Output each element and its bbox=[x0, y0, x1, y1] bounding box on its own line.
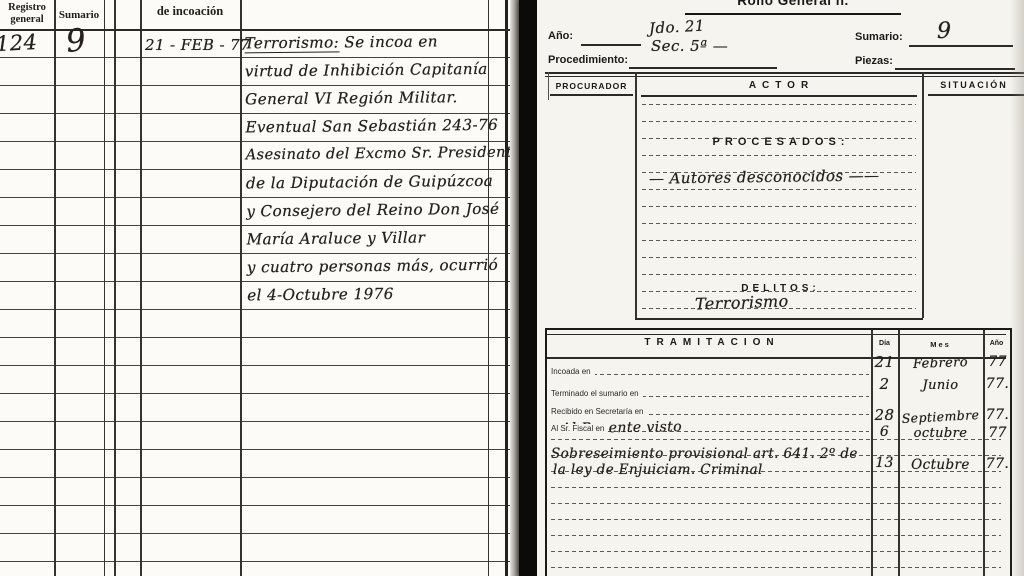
parties-top-rule bbox=[545, 72, 1024, 74]
ano-field-line bbox=[581, 44, 641, 46]
ano-value: 77. bbox=[983, 376, 1012, 392]
mes-value: Junio bbox=[898, 378, 983, 393]
tramitacion-row-label: Recibido en Secretaría en bbox=[551, 407, 648, 416]
asunto-line: y cuatro personas más, ocurrió bbox=[247, 256, 498, 277]
ruled-line bbox=[642, 206, 916, 207]
asunto-line: virtud de Inhibición Capitanía bbox=[245, 60, 488, 81]
procedimiento-field-line bbox=[629, 67, 777, 69]
asunto-handwritten-block: Terrorismo: Se incoa en virtud de Inhibi… bbox=[244, 32, 511, 335]
scanned-document: Registro general Sumario Clase de incoac… bbox=[0, 0, 1024, 576]
tramitacion-handwritten-line: Sobreseimiento provisional art. 641. 2º … bbox=[551, 446, 858, 462]
ruled-line bbox=[642, 189, 916, 190]
situacion-header: SITUACIÓN bbox=[924, 80, 1024, 90]
ruled-line bbox=[642, 155, 916, 156]
tramitacion-row-label: Al Sr. Fiscal en bbox=[551, 424, 608, 433]
asunto-line: Terrorismo: Se incoa en bbox=[244, 32, 438, 52]
ruled-line bbox=[551, 487, 1001, 488]
parties-column-line bbox=[922, 72, 924, 318]
dia-value: 21 bbox=[871, 353, 898, 371]
tramitacion-inner-top-rule bbox=[547, 334, 1006, 335]
actor-header-rule bbox=[641, 95, 917, 97]
ruled-line bbox=[0, 561, 512, 562]
delitos-value: Terrorismo bbox=[695, 291, 789, 313]
parties-column-line bbox=[635, 72, 637, 318]
ledger-column-line bbox=[114, 0, 116, 576]
registro-general-value: 124 bbox=[0, 30, 38, 56]
ruled-line bbox=[0, 505, 512, 506]
ruled-line bbox=[0, 421, 512, 422]
tramitacion-header: TRAMITACION bbox=[547, 337, 871, 348]
column-header-clase: Clase bbox=[110, 0, 144, 2]
scan-edge-shadow bbox=[1010, 0, 1024, 576]
ano-label: Año: bbox=[548, 30, 573, 42]
dotted-leader bbox=[551, 374, 869, 375]
left-ledger-page: Registro general Sumario Clase de incoac… bbox=[0, 0, 512, 576]
book-gutter-shadow bbox=[510, 0, 519, 576]
dia-value: 6 bbox=[871, 424, 898, 440]
ruled-line bbox=[0, 393, 512, 394]
ano-value: 77 bbox=[983, 425, 1012, 441]
ruled-line bbox=[551, 567, 1001, 568]
fecha-incoacion-value: 21 - FEB - 77 bbox=[145, 36, 250, 54]
ruled-line bbox=[642, 240, 916, 241]
column-header-sumario: Sumario bbox=[54, 9, 104, 21]
form-title-clip: Rollo General n. bbox=[687, 0, 899, 13]
sumario-field-line bbox=[909, 45, 1013, 47]
ledger-column-line bbox=[140, 0, 142, 576]
ano-column-header: Año bbox=[983, 340, 1010, 347]
parties-top-rule bbox=[545, 76, 1024, 77]
dia-column-header: Día bbox=[871, 340, 898, 347]
dia-value: 28 bbox=[871, 406, 898, 424]
actor-header: ACTOR bbox=[635, 80, 922, 91]
column-header-registro-line2: general bbox=[0, 14, 54, 26]
asunto-line: Eventual San Sebastián 243-76 bbox=[245, 116, 498, 137]
piezas-field-line bbox=[895, 68, 1015, 70]
sumario-value: 9 bbox=[64, 22, 88, 60]
right-rollo-page: Rollo General n. Año: Jdo. 21 Sec. 5ª — … bbox=[537, 0, 1024, 576]
ruled-line bbox=[0, 477, 512, 478]
column-header-registro-line1: Registro bbox=[0, 2, 54, 14]
ledger-column-line bbox=[240, 0, 242, 576]
tramitacion-handwritten-line: la ley de Enjuiciam. Criminal bbox=[553, 462, 763, 478]
ruled-line bbox=[642, 104, 916, 105]
procesados-value: — Autores desconocidos —— bbox=[649, 166, 880, 187]
mes-value: Octubre bbox=[898, 457, 983, 473]
ruled-line bbox=[642, 223, 916, 224]
ruled-line bbox=[642, 257, 916, 258]
asunto-line: María Araluce y Villar bbox=[246, 229, 425, 249]
sumario-field-value: 9 bbox=[937, 19, 951, 44]
procedimiento-label: Procedimiento: bbox=[548, 54, 628, 66]
tramitacion-row: Recibido en Secretaría en bbox=[551, 401, 869, 415]
tramitacion-row-label: Incoada en bbox=[551, 367, 595, 376]
mes-column-header: Mes bbox=[898, 340, 983, 349]
procurador-header-rule bbox=[550, 94, 633, 96]
sumario-label: Sumario: bbox=[855, 31, 903, 43]
tramitacion-row-label: Terminado el sumario en bbox=[551, 389, 643, 398]
juzgado-note-line1: Jdo. 21 bbox=[649, 17, 706, 38]
ruled-line bbox=[0, 365, 512, 366]
ano-value: 77. bbox=[983, 407, 1012, 423]
asunto-line: General VI Región Militar. bbox=[245, 88, 458, 108]
column-header-fecha-incoacion: de incoación bbox=[140, 4, 240, 19]
dia-value: 13 bbox=[871, 455, 898, 471]
tramitacion-row: Incoada en bbox=[551, 361, 869, 375]
ledger-column-line bbox=[54, 0, 56, 576]
asunto-keyword: Terrorismo: bbox=[244, 33, 339, 53]
juzgado-note-line2: Sec. 5ª — bbox=[651, 37, 728, 55]
ruled-line bbox=[551, 503, 1001, 504]
ruled-line bbox=[0, 449, 512, 450]
procurador-header: PROCURADOR bbox=[548, 81, 635, 91]
ruled-line bbox=[642, 274, 916, 275]
ledger-column-line bbox=[104, 0, 105, 576]
ruled-line bbox=[642, 121, 916, 122]
column-header-registro: Registro general bbox=[0, 2, 54, 26]
mes-value: Febrero bbox=[898, 355, 983, 373]
procesados-label: PROCESADOS: bbox=[635, 136, 922, 148]
piezas-label: Piezas: bbox=[855, 55, 893, 67]
tramitacion-row: Terminado el sumario en bbox=[551, 383, 869, 397]
form-title: Rollo General n. bbox=[687, 0, 899, 8]
book-gutter-bar bbox=[519, 0, 537, 576]
dia-value: 2 bbox=[871, 375, 898, 393]
form-title-underline bbox=[685, 13, 901, 15]
ruled-line bbox=[551, 535, 1001, 536]
mes-value: octubre bbox=[898, 426, 983, 441]
asunto-line: de la Diputación de Guipúzcoa bbox=[246, 172, 493, 193]
asunto-line-text: Se incoa en bbox=[344, 32, 438, 51]
ano-value: 77. bbox=[983, 456, 1012, 472]
ruled-line bbox=[551, 551, 1001, 552]
ruled-line bbox=[551, 519, 1001, 520]
asunto-line: y Consejero del Reino Don José bbox=[246, 200, 499, 221]
asunto-line: el 4-Octubre 1976 bbox=[247, 285, 394, 305]
ruled-line bbox=[0, 533, 512, 534]
asunto-line: Asesinato del Excmo Sr. Presidente bbox=[246, 143, 512, 163]
ano-value: 77 bbox=[983, 354, 1012, 370]
ruled-line bbox=[0, 337, 512, 338]
actor-box-bottom-rule bbox=[635, 318, 923, 320]
